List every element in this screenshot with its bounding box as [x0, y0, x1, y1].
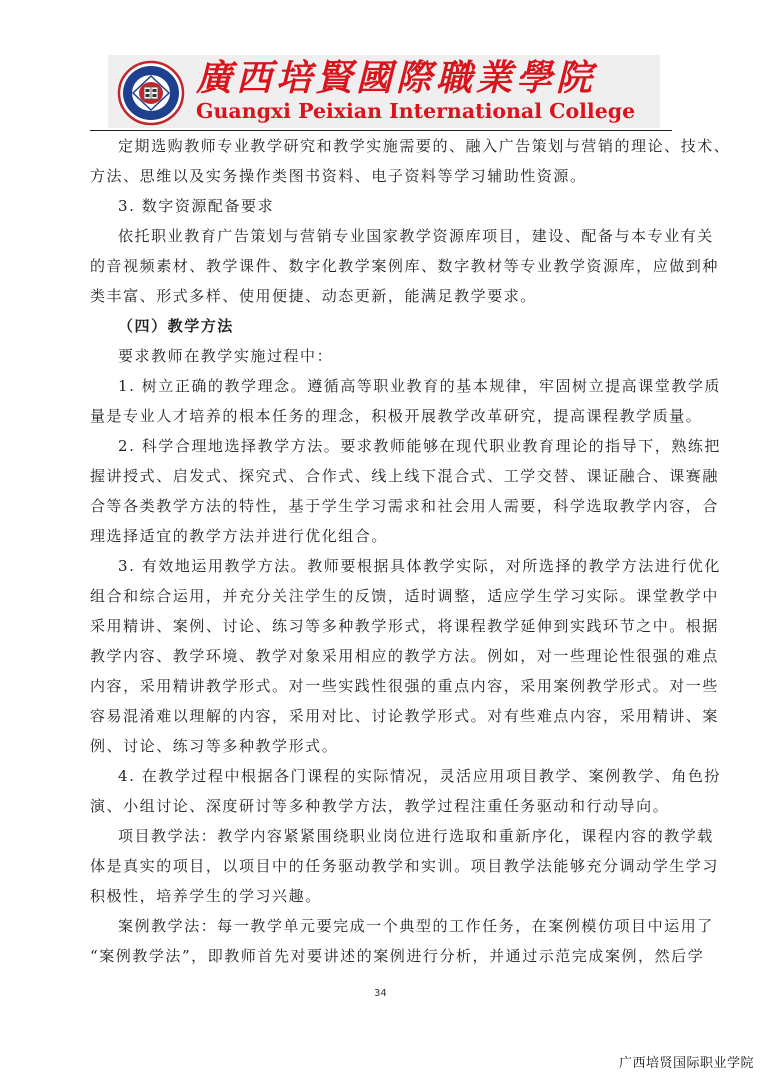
college-name-chinese: 廣西培賢國際職業學院 [196, 57, 656, 99]
section-heading: （四）教学方法 [90, 311, 674, 341]
body-line: 的音视频素材、教学课件、数字化教学案例库、数字教材等专业教学资源库，应做到种 [90, 251, 674, 281]
body-line: 依托职业教育广告策划与营销专业国家教学资源库项目，建设、配备与本专业有关 [90, 221, 674, 251]
body-line: 组合和综合运用，并充分关注学生的反馈，适时调整，适应学生学习实际。课堂教学中 [90, 581, 674, 611]
body-line: 要求教师在教学实施过程中： [90, 341, 674, 371]
body-line: 演、小组讨论、深度研讨等多种教学方法，教学过程注重任务驱动和行动导向。 [90, 791, 674, 821]
footer-institution-name: 广西培贤国际职业学院 [619, 1052, 754, 1071]
body-line: 方法、思维以及实务操作类图书资料、电子资料等学习辅助性资源。 [90, 161, 674, 191]
body-line: 量是专业人才培养的根本任务的理念，积极开展教学改革研究，提高课程教学质量。 [90, 401, 674, 431]
body-line: 3. 有效地运用教学方法。教师要根据具体教学实际，对所选择的教学方法进行优化 [90, 551, 674, 581]
body-line: 2. 科学合理地选择教学方法。要求教师能够在现代职业教育理论的指导下，熟练把 [90, 431, 674, 461]
body-line: 握讲授式、启发式、探究式、合作式、线上线下混合式、工学交替、课证融合、课赛融 [90, 461, 674, 491]
subsection-heading: 3. 数字资源配备要求 [90, 191, 674, 221]
body-line: 积极性，培养学生的学习兴趣。 [90, 881, 674, 911]
body-line: 定期选购教师专业教学研究和教学实施需要的、融入广告策划与营销的理论、技术、 [90, 131, 674, 161]
body-line: 4. 在教学过程中根据各门课程的实际情况，灵活应用项目教学、案例教学、角色扮 [90, 761, 674, 791]
college-name-english: Guangxi Peixian International College [196, 97, 656, 125]
body-line: 案例教学法：每一教学单元要完成一个典型的工作任务，在案例模仿项目中运用了 [90, 911, 674, 941]
college-emblem-logo [117, 60, 185, 126]
body-line: “案例教学法”，即教师首先对要讲述的案例进行分析，并通过示范完成案例，然后学 [90, 941, 674, 971]
document-body: 定期选购教师专业教学研究和教学实施需要的、融入广告策划与营销的理论、技术、 方法… [90, 131, 674, 971]
body-line: 1. 树立正确的教学理念。遵循高等职业教育的基本规律，牢固树立提高课堂教学质 [90, 371, 674, 401]
body-line: 教学内容、教学环境、教学对象采用相应的教学方法。例如，对一些理论性很强的难点 [90, 641, 674, 671]
page-number: 34 [374, 988, 387, 999]
body-line: 合等各类教学方法的特性，基于学生学习需求和社会用人需要，科学选取教学内容，合 [90, 491, 674, 521]
body-line: 容易混淆难以理解的内容，采用对比、讨论教学形式。对有些难点内容，采用精讲、案 [90, 701, 674, 731]
body-line: 例、讨论、练习等多种教学形式。 [90, 731, 674, 761]
body-line: 类丰富、形式多样、使用便捷、动态更新，能满足教学要求。 [90, 281, 674, 311]
body-line: 内容，采用精讲教学形式。对一些实践性很强的重点内容，采用案例教学形式。对一些 [90, 671, 674, 701]
body-line: 项目教学法：教学内容紧紧围绕职业岗位进行选取和重新序化，课程内容的教学载 [90, 821, 674, 851]
body-line: 采用精讲、案例、讨论、练习等多种教学形式，将课程教学延伸到实践环节之中。根据 [90, 611, 674, 641]
body-line: 体是真实的项目，以项目中的任务驱动教学和实训。项目教学法能够充分调动学生学习 [90, 851, 674, 881]
body-line: 理选择适宜的教学方法并进行优化组合。 [90, 521, 674, 551]
